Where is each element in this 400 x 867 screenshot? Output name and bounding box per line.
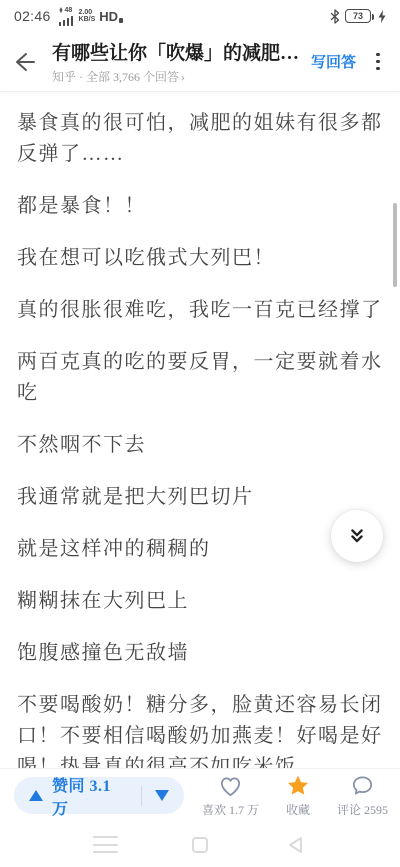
answer-body: 暴食真的很可怕，减肥的姐妹有很多都反弹了……都是暴食！！我在想可以吃俄式大列巴！… xyxy=(0,93,400,768)
star-icon xyxy=(284,773,312,799)
signal-bars-icon xyxy=(59,16,75,26)
vote-pill: 赞同 3.1 万 xyxy=(14,777,184,814)
answer-paragraph: 糊糊抹在大列巴上 xyxy=(17,586,383,617)
favorite-label: 收藏 xyxy=(286,801,310,818)
heart-icon xyxy=(217,773,244,799)
updown-arrows-icon: ▲▼ xyxy=(59,8,64,14)
question-subtitle-link[interactable]: 知乎 · 全部 3,766 个回答› xyxy=(52,68,303,85)
answer-paragraph: 饱腹感撞色无敌墙 xyxy=(17,638,383,669)
nav-recents-button[interactable] xyxy=(58,834,153,856)
battery-percent: 73 xyxy=(353,11,363,21)
bluetooth-icon xyxy=(330,9,340,24)
answer-paragraph: 就是这样冲的稠稠的 xyxy=(17,534,383,565)
nav-back-button[interactable] xyxy=(248,836,343,854)
hd-volte-icon: HD xyxy=(99,9,118,24)
status-bar: 02:46 ▲▼ 48 2.00 KB/S HD 73 xyxy=(0,0,400,32)
answer-paragraph: 不然咽不下去 xyxy=(17,430,383,461)
question-title: 有哪些让你「吹爆」的减肥… xyxy=(52,38,303,65)
nav-home-button[interactable] xyxy=(153,837,248,853)
header: 有哪些让你「吹爆」的减肥… 知乎 · 全部 3,766 个回答› 写回答 xyxy=(0,32,400,92)
action-bar: 赞同 3.1 万 喜欢 1.7 万 收藏 评论 2595 xyxy=(0,768,400,822)
clock: 02:46 xyxy=(14,8,51,24)
answer-paragraph: 都是暴食！！ xyxy=(17,191,383,222)
battery-icon: 73 xyxy=(345,9,371,23)
overflow-menu-button[interactable] xyxy=(370,51,386,72)
answer-paragraph: 我在想可以吃俄式大列巴！ xyxy=(17,243,383,274)
upvote-triangle-icon xyxy=(29,790,43,801)
answer-paragraph: 不要喝酸奶！糖分多，脸黄还容易长闭口！不要相信喝酸奶加燕麦！好喝是好喝！热量真的… xyxy=(17,690,383,768)
back-button[interactable] xyxy=(12,42,46,82)
downvote-button[interactable] xyxy=(155,790,169,801)
charging-bolt-icon xyxy=(378,10,386,23)
signal-strength-icon: ▲▼ 48 xyxy=(59,7,75,26)
collapse-answer-button[interactable] xyxy=(331,510,383,562)
answer-paragraph: 两百克真的吃的要反胃，一定要就着水吃 xyxy=(17,347,383,409)
home-square-icon xyxy=(192,837,208,853)
comment-label: 评论 2595 xyxy=(337,801,388,818)
answer-paragraph: 真的很胀很难吃，我吃一百克已经撑了 xyxy=(17,295,383,326)
like-label: 喜欢 1.7 万 xyxy=(202,801,259,818)
menu-lines-icon xyxy=(93,834,118,856)
upvote-count: 赞同 3.1 万 xyxy=(52,773,128,819)
answer-paragraph: 我通常就是把大列巴切片 xyxy=(17,482,383,513)
double-chevron-down-icon xyxy=(346,525,368,547)
back-arrow-icon xyxy=(12,50,36,74)
comment-button[interactable]: 评论 2595 xyxy=(337,773,388,818)
like-button[interactable]: 喜欢 1.7 万 xyxy=(202,773,259,818)
comment-bubble-icon xyxy=(349,773,376,799)
upvote-button[interactable]: 赞同 3.1 万 xyxy=(29,773,128,819)
question-title-block[interactable]: 有哪些让你「吹爆」的减肥… 知乎 · 全部 3,766 个回答› xyxy=(52,38,303,85)
network-speed: 48 xyxy=(65,7,73,14)
vote-divider xyxy=(141,786,142,806)
answer-paragraph: 暴食真的很可怕，减肥的姐妹有很多都反弹了…… xyxy=(17,108,383,170)
android-nav-bar xyxy=(0,822,400,867)
data-rate: 2.00 KB/S xyxy=(79,9,96,24)
scrollbar-thumb[interactable] xyxy=(393,203,397,287)
write-answer-button[interactable]: 写回答 xyxy=(311,51,356,72)
back-triangle-icon xyxy=(287,836,304,854)
chevron-right-icon: › xyxy=(181,70,185,84)
favorite-button[interactable]: 收藏 xyxy=(277,773,319,818)
